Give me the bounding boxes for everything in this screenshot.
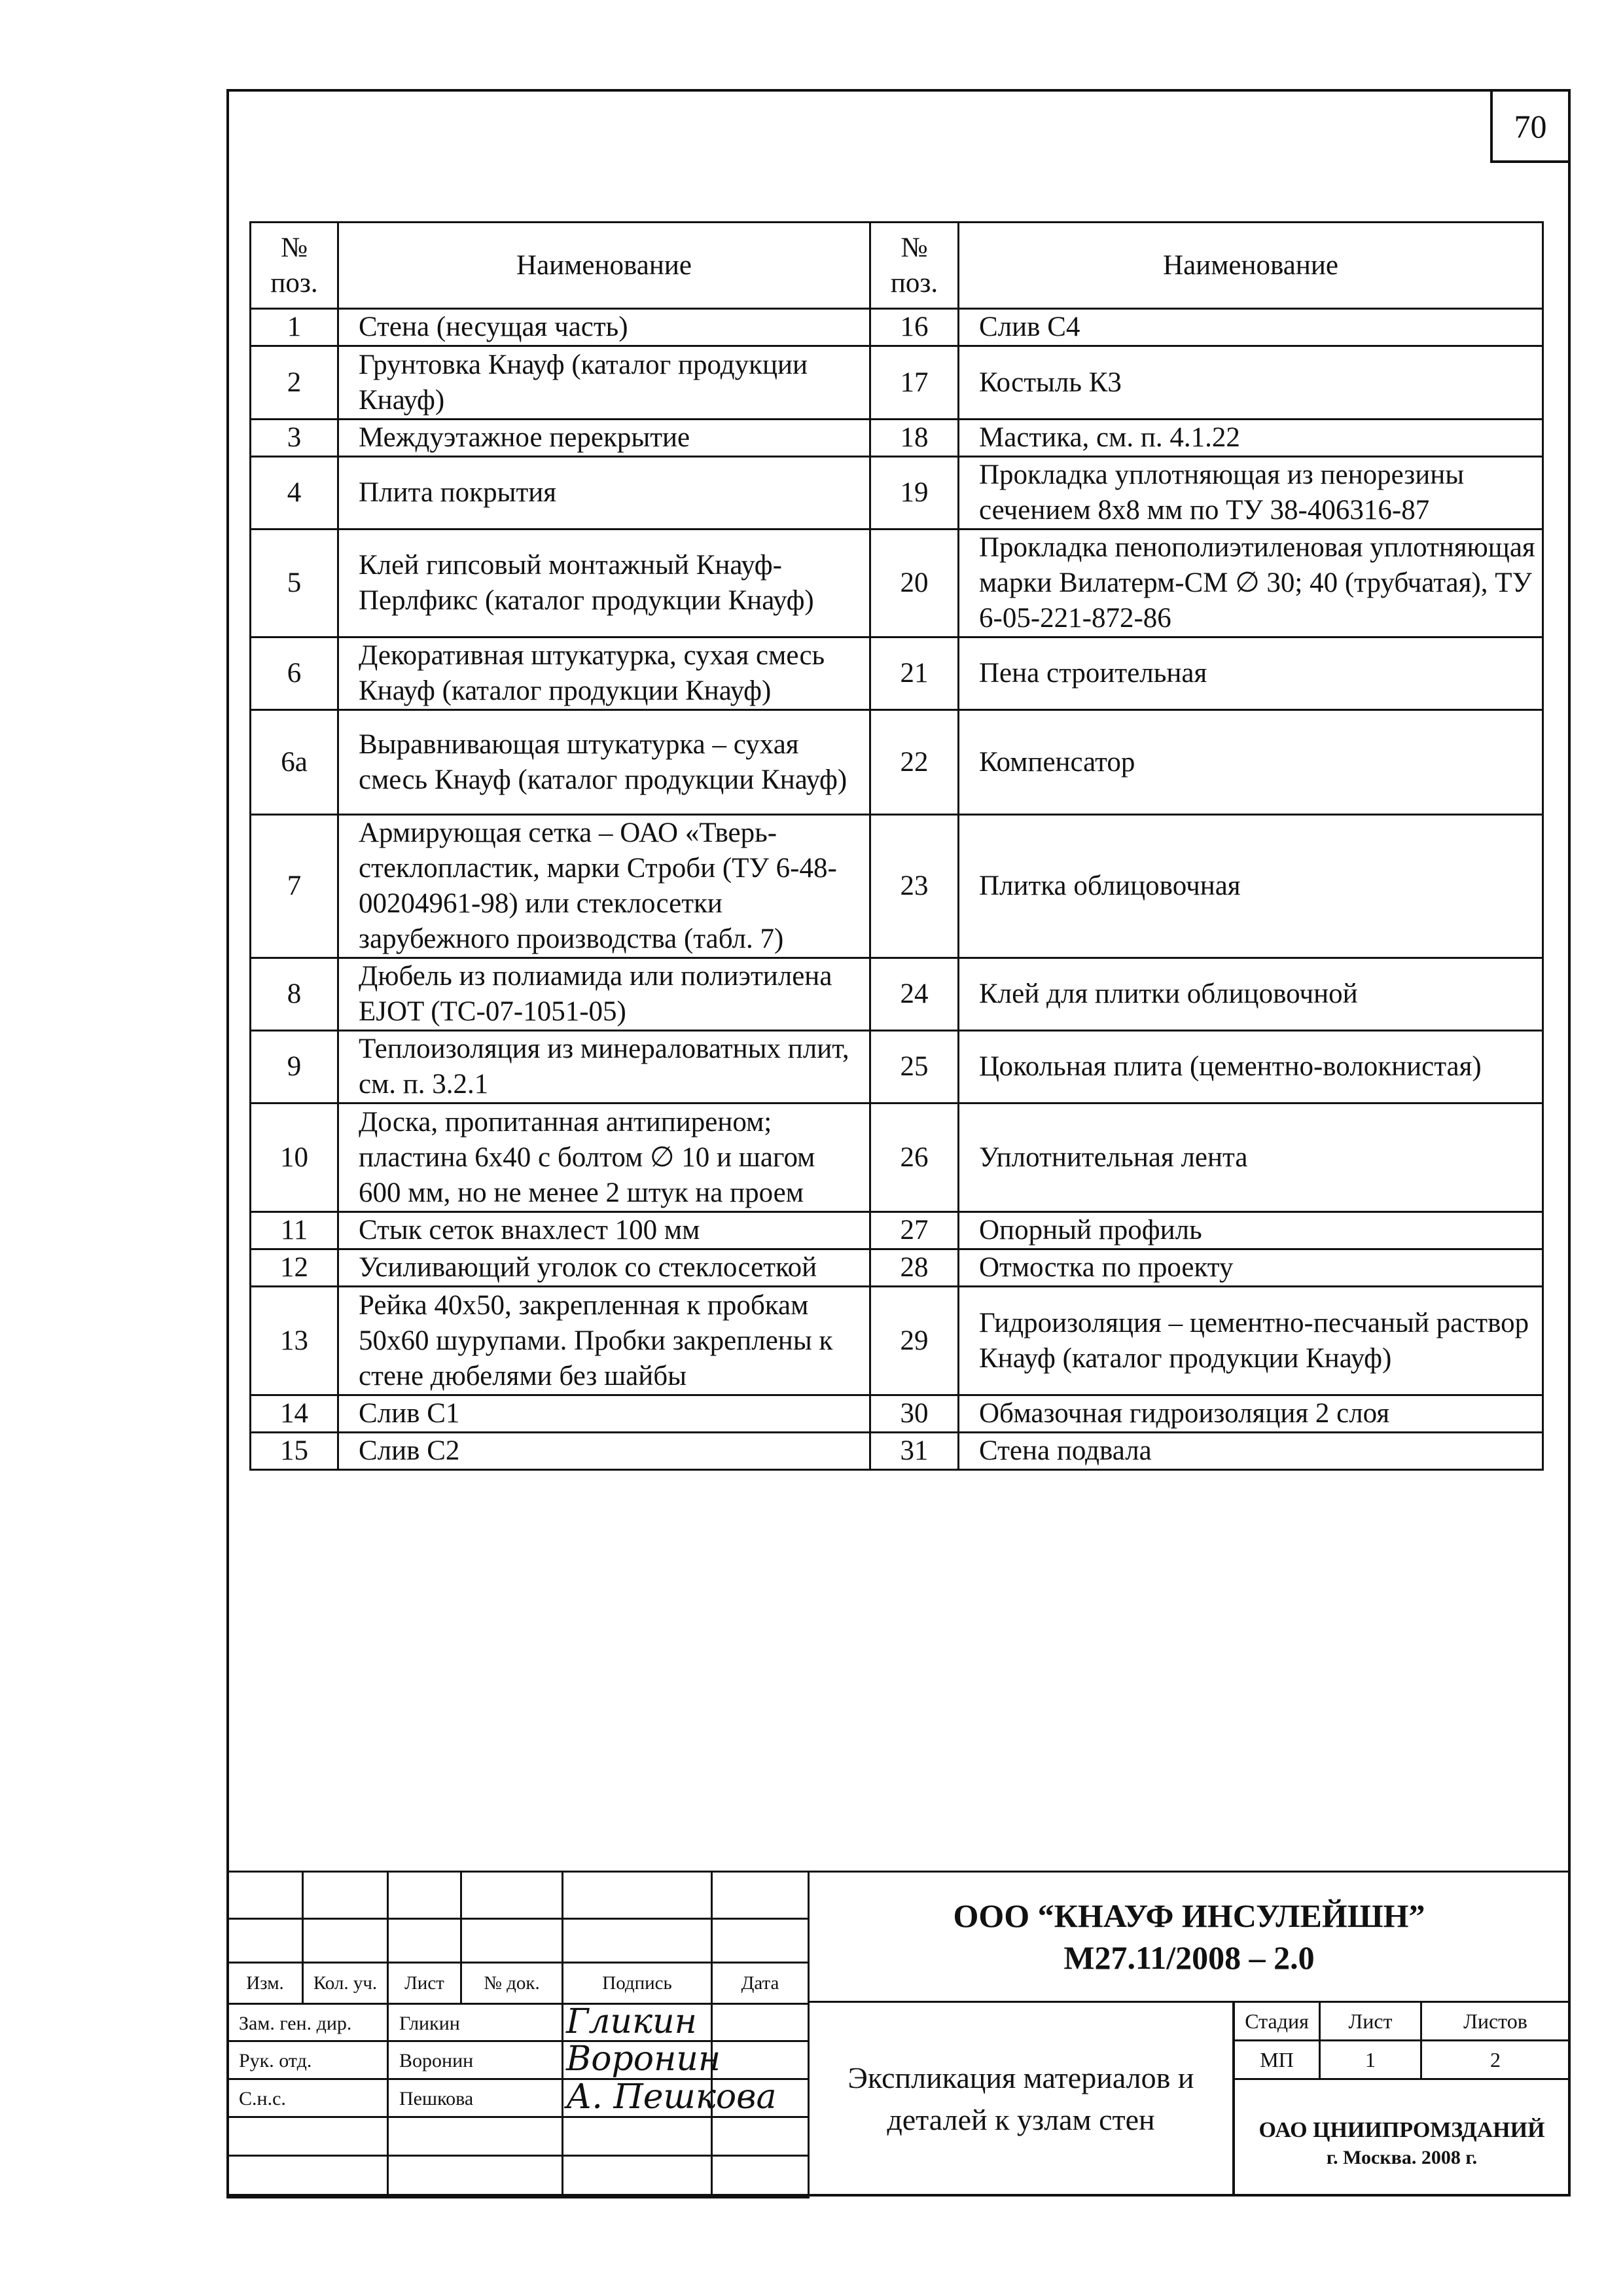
revision-header-label: Изм.: [228, 1964, 302, 2003]
row-pos: 3: [251, 420, 338, 457]
row-pos: 20: [870, 529, 959, 637]
signatory-name: Гликин: [399, 2013, 460, 2035]
role-cell: С.н.с.: [226, 2078, 389, 2118]
table-row: 12Усиливающий уголок со стеклосеткой28От…: [251, 1249, 1543, 1287]
row-pos: 31: [870, 1433, 959, 1470]
table-header-row: №поз. Наименование №поз. Наименование: [251, 223, 1543, 309]
revision-header-cell: Изм.: [226, 1962, 304, 2005]
row-name: Клей для плитки облицовочной: [959, 958, 1543, 1031]
table-row: 7Армирующая сетка – ОАО «Тверь-стеклопла…: [251, 815, 1543, 958]
signature-cell: Гликин: [562, 2003, 713, 2042]
row-name: Стена (несущая часть): [338, 309, 870, 346]
page-number: 70: [1490, 89, 1571, 163]
row-pos: 19: [870, 457, 959, 529]
row-pos: 17: [870, 346, 959, 420]
revision-cell: [226, 1871, 304, 1920]
row-name: Компенсатор: [959, 710, 1543, 815]
sheet-title-cell: Экспликация материалов и деталей к узлам…: [808, 2001, 1234, 2197]
row-pos: 10: [251, 1103, 338, 1212]
table-row: 9Теплоизоляция из минераловатных плит, с…: [251, 1031, 1543, 1103]
revision-cell: [387, 1871, 462, 1920]
row-pos: 1: [251, 309, 338, 346]
row-pos: 23: [870, 815, 959, 958]
date-cell: [711, 2078, 810, 2118]
sheets-value: 2: [1420, 2039, 1571, 2080]
row-name: Уплотнительная лента: [959, 1103, 1543, 1212]
row-name: Гидроизоляция – цементно-песчаный раство…: [959, 1287, 1543, 1395]
row-pos: 13: [251, 1287, 338, 1395]
row-name: Цокольная плита (цементно-волокнистая): [959, 1031, 1543, 1103]
signatory-name: Воронин: [399, 2050, 473, 2072]
row-name: Клей гипсовый монтажный Кнауф-Перлфикс (…: [338, 529, 870, 637]
row-pos: 16: [870, 309, 959, 346]
row-pos: 26: [870, 1103, 959, 1212]
signature-cell: [562, 2155, 713, 2198]
signatory-role: Рук. отд.: [239, 2050, 312, 2072]
date-cell: [711, 2040, 810, 2080]
table-row: 6аВыравнивающая штукатурка – сухая смесь…: [251, 710, 1543, 815]
header-pos-left: №поз.: [251, 223, 338, 309]
row-name: Слив С1: [338, 1395, 870, 1433]
name-cell: Воронин: [387, 2040, 563, 2080]
row-name: Отмостка по проекту: [959, 1249, 1543, 1287]
table-row: 3Междуэтажное перекрытие18Мастика, см. п…: [251, 420, 1543, 457]
signature-cell: А. Пешкова: [562, 2078, 713, 2118]
revision-cell: [460, 1871, 563, 1920]
row-name: Плитка облицовочная: [959, 815, 1543, 958]
revision-header-cell: Кол. уч.: [302, 1962, 389, 2005]
row-name: Слив С2: [338, 1433, 870, 1470]
revision-header-cell: Лист: [387, 1962, 462, 2005]
table-row: 10Доска, пропитанная антипиреном; пласти…: [251, 1103, 1543, 1212]
title-block-header: ООО “КНАУФ ИНСУЛЕЙШН” М27.11/2008 – 2.0: [808, 1871, 1571, 2003]
organization-name: ОАО ЦНИИПРОМЗДАНИЙ: [1258, 2117, 1544, 2144]
row-name: Дюбель из полиамида или полиэтилена EJOT…: [338, 958, 870, 1031]
table-row: 14Слив С130Обмазочная гидроизоляция 2 сл…: [251, 1395, 1543, 1433]
revision-cell: [226, 1918, 304, 1964]
document-code: М27.11/2008 – 2.0: [1063, 1937, 1314, 1979]
signature-cell: [562, 2116, 713, 2157]
signatory-role: Зам. ген. дир.: [239, 2013, 351, 2035]
name-cell: [387, 2116, 563, 2157]
row-pos: 24: [870, 958, 959, 1031]
materials-table: №поз. Наименование №поз. Наименование 1С…: [249, 221, 1544, 1471]
handwritten-signature: Гликин: [566, 2002, 697, 2041]
sheets-label: Листов: [1420, 2001, 1571, 2041]
row-pos: 11: [251, 1212, 338, 1249]
row-name: Доска, пропитанная антипиреном; пластина…: [338, 1103, 870, 1212]
revision-header-label: № док.: [462, 1964, 562, 2003]
revision-header-cell: Подпись: [562, 1962, 713, 2005]
signatory-name: Пешкова: [399, 2088, 473, 2110]
revision-header-label: Кол. уч.: [304, 1964, 387, 2003]
name-cell: Гликин: [387, 2003, 563, 2042]
date-cell: [711, 2155, 810, 2198]
revision-cell: [711, 1918, 810, 1964]
header-name-left: Наименование: [338, 223, 870, 309]
row-name: Обмазочная гидроизоляция 2 слоя: [959, 1395, 1543, 1433]
row-name: Грунтовка Кнауф (каталог продукции Кнауф…: [338, 346, 870, 420]
row-name: Стык сеток внахлест 100 мм: [338, 1212, 870, 1249]
row-name: Выравнивающая штукатурка – сухая смесь К…: [338, 710, 870, 815]
row-pos: 6а: [251, 710, 338, 815]
signatory-role: С.н.с.: [239, 2088, 286, 2110]
role-cell: Рук. отд.: [226, 2040, 389, 2080]
role-cell: [226, 2155, 389, 2198]
name-cell: [387, 2155, 563, 2198]
row-name: Мастика, см. п. 4.1.22: [959, 420, 1543, 457]
revision-header-label: Дата: [713, 1964, 808, 2003]
header-name-right: Наименование: [959, 223, 1543, 309]
row-name: Пена строительная: [959, 637, 1543, 710]
sheet-value: 1: [1319, 2039, 1422, 2080]
organization-cell: ОАО ЦНИИПРОМЗДАНИЙ г. Москва. 2008 г.: [1233, 2078, 1571, 2197]
header-pos-right: №поз.: [870, 223, 959, 309]
row-name: Прокладка пенополиэтиленовая уплотняющая…: [959, 529, 1543, 637]
row-pos: 7: [251, 815, 338, 958]
row-pos: 4: [251, 457, 338, 529]
stage-label: Стадия: [1233, 2001, 1321, 2041]
revision-cell: [302, 1871, 389, 1920]
table-row: 11Стык сеток внахлест 100 мм27Опорный пр…: [251, 1212, 1543, 1249]
table-row: 4Плита покрытия19Прокладка уплотняющая и…: [251, 457, 1543, 529]
role-cell: Зам. ген. дир.: [226, 2003, 389, 2042]
row-name: Армирующая сетка – ОАО «Тверь-стеклоплас…: [338, 815, 870, 958]
revision-cell: [387, 1918, 462, 1964]
row-name: Стена подвала: [959, 1433, 1543, 1470]
row-pos: 27: [870, 1212, 959, 1249]
row-pos: 14: [251, 1395, 338, 1433]
row-name: Теплоизоляция из минераловатных плит, см…: [338, 1031, 870, 1103]
row-pos: 12: [251, 1249, 338, 1287]
row-pos: 22: [870, 710, 959, 815]
signature-cell: Воронин: [562, 2040, 713, 2080]
revision-cell: [562, 1871, 713, 1920]
row-name: Усиливающий уголок со стеклосеткой: [338, 1249, 870, 1287]
row-name: Слив С4: [959, 309, 1543, 346]
date-cell: [711, 2116, 810, 2157]
row-pos: 6: [251, 637, 338, 710]
row-name: Опорный профиль: [959, 1212, 1543, 1249]
sheet-title-line-1: Экспликация материалов и: [848, 2057, 1194, 2099]
revision-cell: [562, 1918, 713, 1964]
stage-value: МП: [1233, 2039, 1321, 2080]
row-pos: 15: [251, 1433, 338, 1470]
company-name: ООО “КНАУФ ИНСУЛЕЙШН”: [953, 1895, 1425, 1937]
row-pos: 30: [870, 1395, 959, 1433]
row-pos: 9: [251, 1031, 338, 1103]
row-pos: 2: [251, 346, 338, 420]
table-row: 6Декоративная штукатурка, сухая смесь Кн…: [251, 637, 1543, 710]
table-row: 5Клей гипсовый монтажный Кнауф-Перлфикс …: [251, 529, 1543, 637]
revision-header-label: Подпись: [563, 1964, 711, 2003]
row-name: Междуэтажное перекрытие: [338, 420, 870, 457]
row-name: Костыль К3: [959, 346, 1543, 420]
row-pos: 28: [870, 1249, 959, 1287]
name-cell: Пешкова: [387, 2078, 563, 2118]
row-name: Плита покрытия: [338, 457, 870, 529]
sheet-title-line-2: деталей к узлам стен: [887, 2099, 1154, 2141]
sheet-label: Лист: [1319, 2001, 1422, 2041]
row-pos: 8: [251, 958, 338, 1031]
table-row: 15Слив С231Стена подвала: [251, 1433, 1543, 1470]
table-row: 1Стена (несущая часть)16Слив С4: [251, 309, 1543, 346]
row-name: Рейка 40х50, закрепленная к пробкам 50х6…: [338, 1287, 870, 1395]
revision-cell: [460, 1918, 563, 1964]
date-cell: [711, 2003, 810, 2042]
table-row: 13Рейка 40х50, закрепленная к пробкам 50…: [251, 1287, 1543, 1395]
row-pos: 29: [870, 1287, 959, 1395]
row-name: Прокладка уплотняющая из пенорезины сече…: [959, 457, 1543, 529]
revision-header-cell: Дата: [711, 1962, 810, 2005]
row-pos: 18: [870, 420, 959, 457]
revision-header-label: Лист: [389, 1964, 460, 2003]
city-year: г. Москва. 2008 г.: [1327, 2144, 1477, 2172]
revision-cell: [302, 1918, 389, 1964]
revision-cell: [711, 1871, 810, 1920]
row-pos: 5: [251, 529, 338, 637]
handwritten-signature: Воронин: [566, 2039, 721, 2079]
table-row: 2Грунтовка Кнауф (каталог продукции Кнау…: [251, 346, 1543, 420]
revision-header-cell: № док.: [460, 1962, 563, 2005]
row-name: Декоративная штукатурка, сухая смесь Кна…: [338, 637, 870, 710]
row-pos: 21: [870, 637, 959, 710]
role-cell: [226, 2116, 389, 2157]
row-pos: 25: [870, 1031, 959, 1103]
table-row: 8Дюбель из полиамида или полиэтилена EJO…: [251, 958, 1543, 1031]
